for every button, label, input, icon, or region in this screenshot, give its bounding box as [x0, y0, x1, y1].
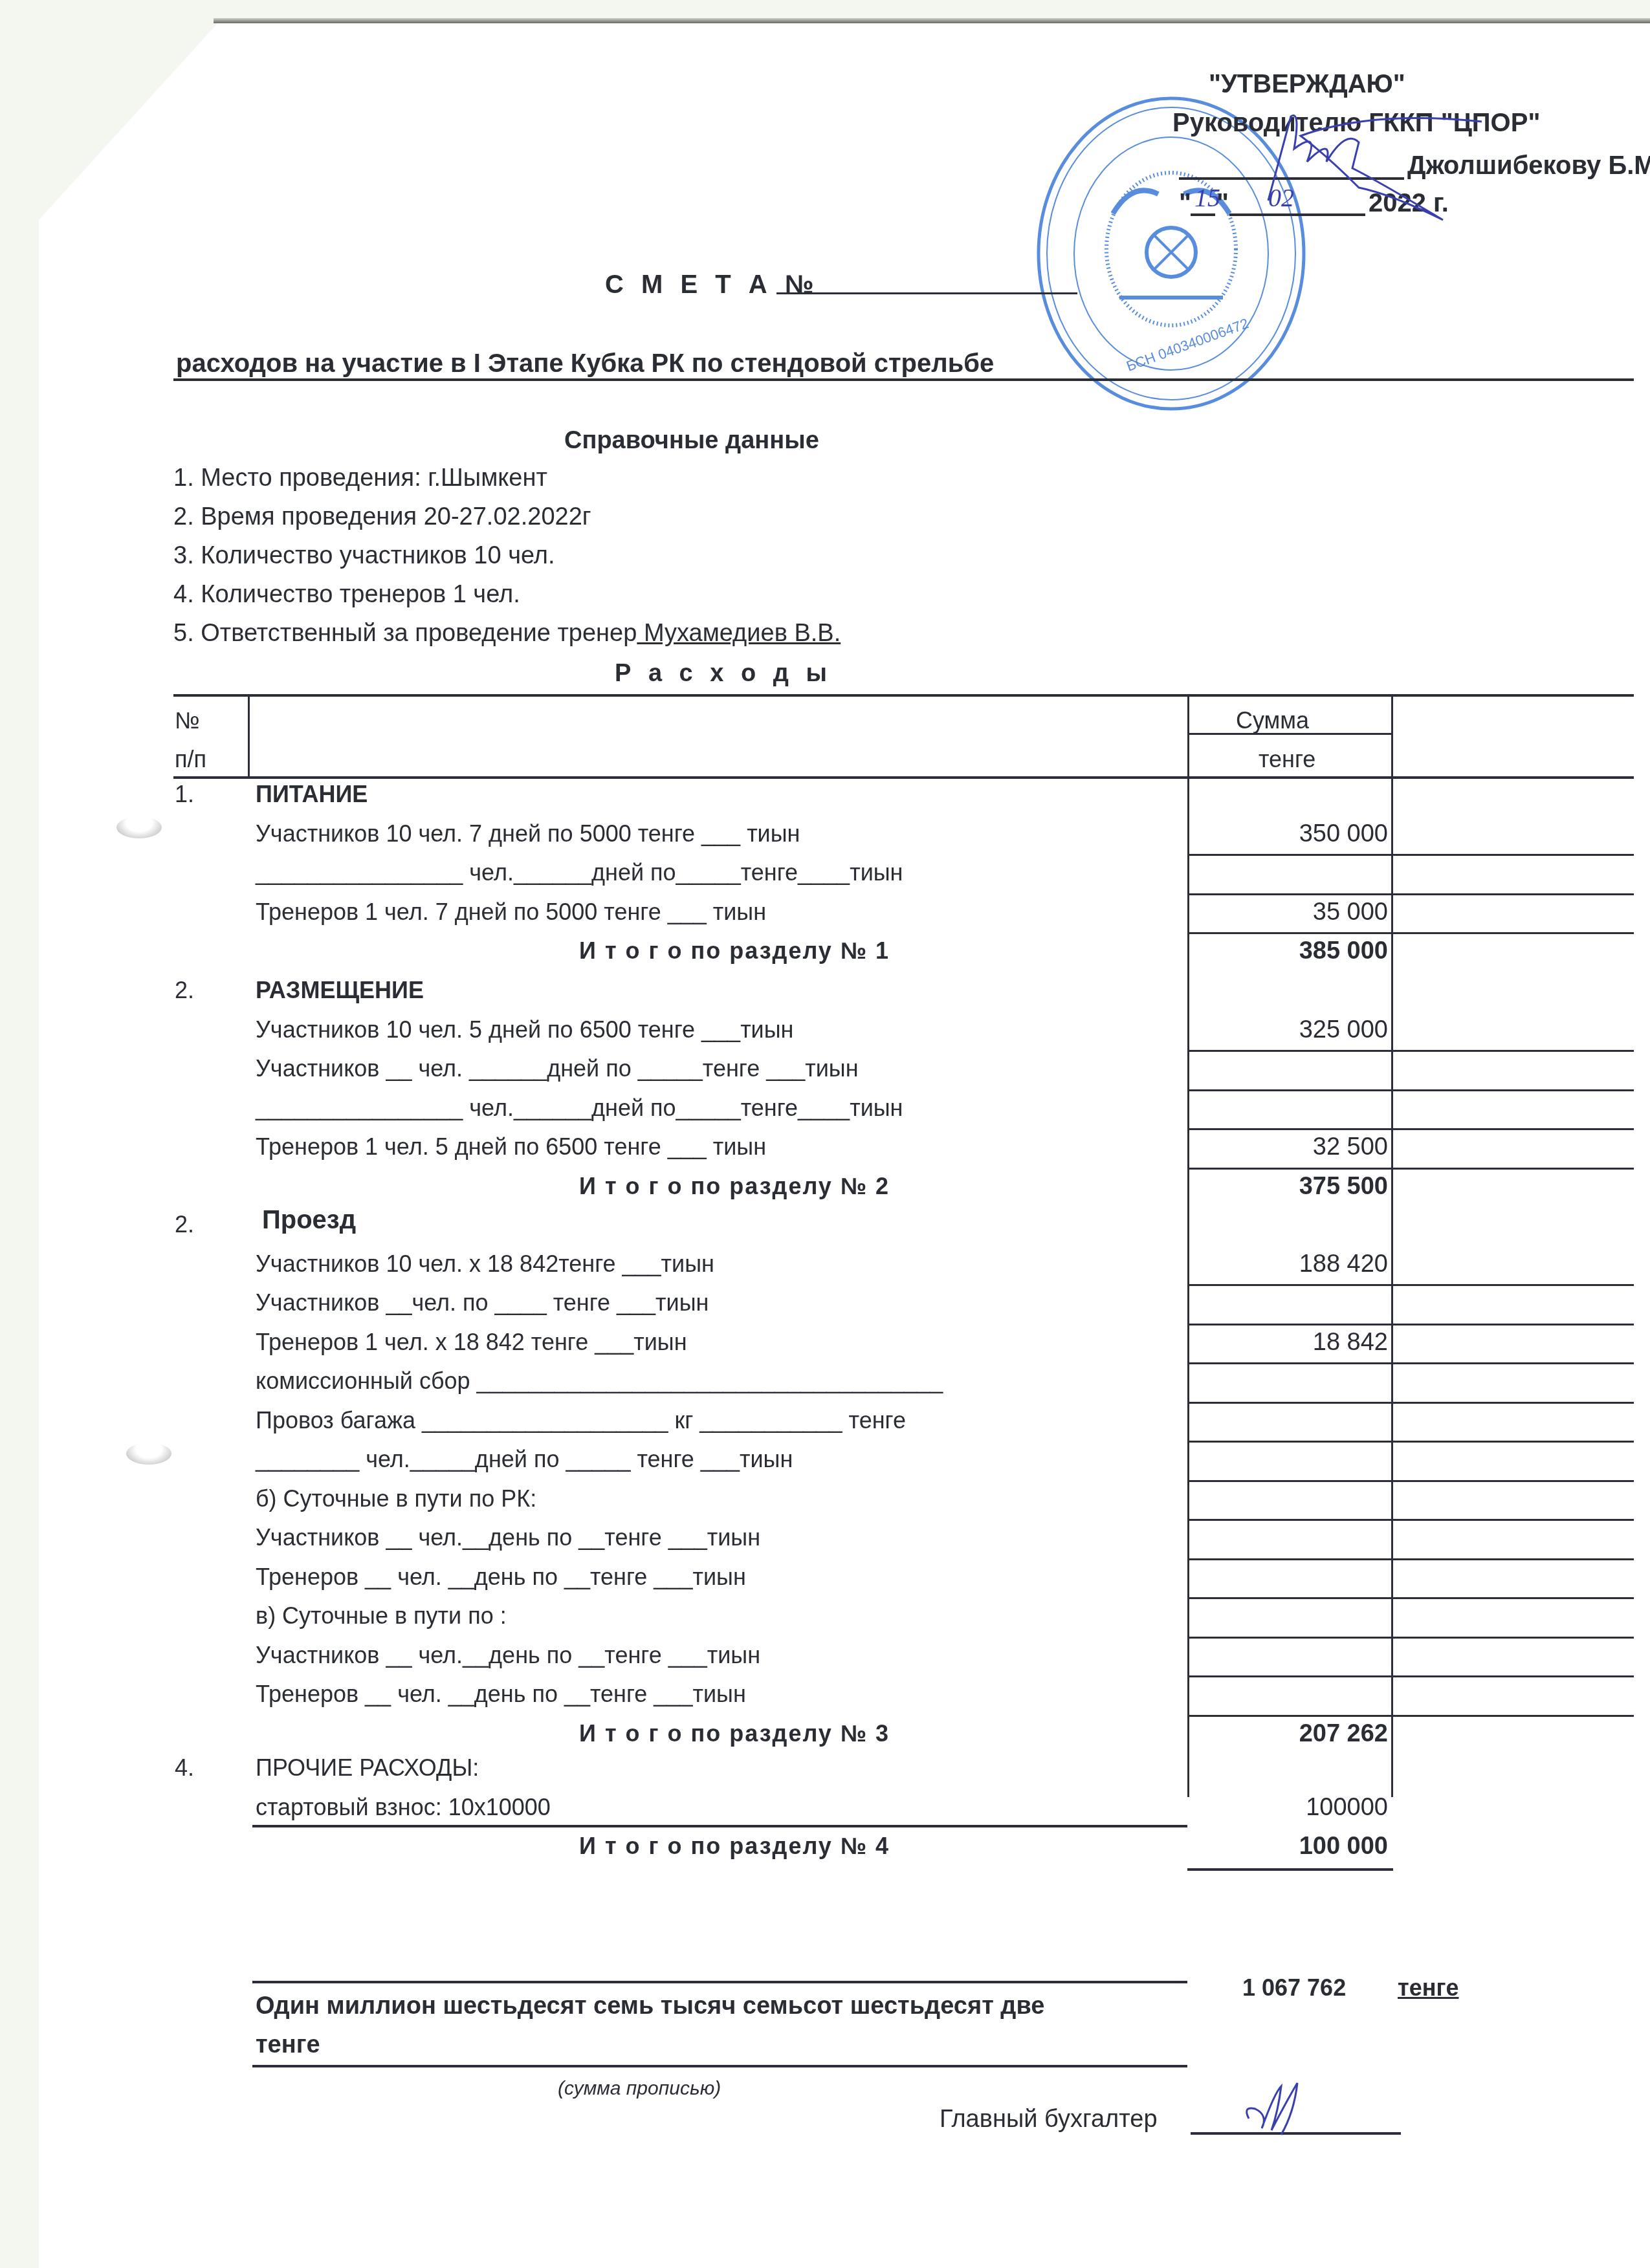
expense-row-amount: 100000 [1174, 1794, 1388, 1822]
expense-row-label: Участников 10 чел. х 18 842тенге ___тиын [256, 1250, 714, 1278]
grand-total-currency: тенге [1398, 1974, 1458, 2001]
expense-row-amount: 325 000 [1174, 1016, 1388, 1044]
section-total-amount: 385 000 [1174, 937, 1388, 965]
row-divider [1187, 1284, 1634, 1286]
section-title: ПИТАНИЕ [256, 781, 368, 808]
row-divider [1187, 1324, 1634, 1325]
expense-row-label: Участников __ чел.__день по __тенге ___т… [256, 1642, 760, 1669]
row-divider [1187, 1675, 1634, 1677]
row-divider [1187, 1050, 1634, 1052]
expense-row-amount: 35 000 [1174, 899, 1388, 926]
expense-row-amount: 18 842 [1174, 1329, 1388, 1357]
row-divider [1187, 932, 1634, 934]
section-total-label: И т о г о по разделу № 4 [579, 1833, 890, 1860]
expense-row-label: в) Суточные в пути по : [256, 1602, 507, 1630]
section-number: 2. [175, 977, 194, 1004]
section-title: Проезд [262, 1206, 356, 1235]
responsible-name: Мухамедиев В.В. [637, 620, 841, 647]
reference-item: 1. Место проведения: г.Шымкент [173, 464, 547, 492]
smeta-number-line [776, 292, 1077, 294]
section-total-amount: 100 000 [1174, 1833, 1388, 1860]
responsible-label: 5. Ответственный за проведение тренер [173, 620, 637, 647]
row-divider [1187, 1362, 1634, 1364]
expense-row-label: Тренеров __ чел. __день по __тенге ___ти… [256, 1564, 746, 1591]
expense-row-label: Тренеров __ чел. __день по __тенге ___ти… [256, 1681, 746, 1708]
section-total-amount: 375 500 [1174, 1173, 1388, 1201]
header-no-pp: п/п [175, 746, 206, 773]
row-divider [1187, 1168, 1634, 1170]
expense-row-label: стартовый взнос: 10х10000 [256, 1794, 551, 1821]
expense-row-label: Тренеров 1 чел. 5 дней по 6500 тенге ___… [256, 1133, 766, 1161]
expense-row-amount: 32 500 [1174, 1133, 1388, 1161]
section-title: РАЗМЕЩЕНИЕ [256, 977, 424, 1004]
table-top-border [173, 694, 1634, 697]
date-quote-open: " [1179, 189, 1191, 218]
expense-row-amount: 188 420 [1174, 1250, 1388, 1278]
date-day-line [1191, 213, 1215, 216]
amount-in-words-line2: тенге [256, 2031, 320, 2059]
section-number: 1. [175, 781, 194, 808]
row-divider [1187, 1089, 1634, 1091]
section-number: 4. [175, 1754, 194, 1782]
header-bottom-border [173, 776, 1634, 779]
total-underline [1187, 1868, 1393, 1871]
page-edge-shadow [214, 18, 1650, 23]
row-divider [1187, 1637, 1634, 1639]
row-divider [1187, 1715, 1634, 1717]
expense-row-label: Участников __ чел. ______дней по _____те… [256, 1055, 859, 1082]
col-divider-sum-left [1187, 694, 1189, 1797]
row-divider [1187, 1480, 1634, 1482]
expense-row-label: Участников __ чел.__день по __тенге ___т… [256, 1524, 760, 1551]
row-divider [1187, 1402, 1634, 1404]
header-tenge: тенге [1259, 746, 1315, 773]
expense-row-label: Участников __чел. по ____ тенге ___тиын [256, 1289, 709, 1316]
punch-hole [126, 1443, 171, 1465]
subtitle-underline [173, 378, 1634, 381]
section-total-amount: 207 262 [1174, 1720, 1388, 1748]
expense-row-label: Участников 10 чел. 5 дней по 6500 тенге … [256, 1016, 793, 1043]
accountant-signature-icon [1242, 2080, 1320, 2138]
expenses-heading: Р а с х о д ы [615, 660, 832, 688]
expense-row-label: Участников 10 чел. 7 дней по 5000 тенге … [256, 820, 800, 847]
expense-row-label: Провоз багажа ___________________ кг ___… [256, 1407, 906, 1434]
reference-item: 2. Время проведения 20-27.02.2022г [173, 503, 591, 531]
words-bottom-line [252, 2065, 1187, 2067]
director-signature-icon [1229, 91, 1501, 239]
section-title: ПРОЧИЕ РАСХОДЫ: [256, 1754, 479, 1782]
expense-row-label: ________ чел._____дней по _____ тенге __… [256, 1446, 793, 1473]
row-divider [1187, 1558, 1634, 1560]
expense-row-label: б) Суточные в пути по РК: [256, 1485, 536, 1512]
row-divider [252, 1825, 1187, 1827]
amount-in-words-caption: (сумма прописью) [558, 2078, 721, 2100]
col-divider-no [248, 694, 250, 778]
row-divider [1187, 1597, 1634, 1599]
smeta-subtitle: расходов на участие в I Этапе Кубка РК п… [176, 349, 994, 378]
expense-row-label: Тренеров 1 чел. 7 дней по 5000 тенге ___… [256, 899, 766, 926]
header-no: № [175, 707, 200, 734]
section-total-label: И т о г о по разделу № 3 [579, 1720, 890, 1747]
row-divider [1187, 893, 1634, 895]
row-divider [1187, 1519, 1634, 1521]
reference-item: 3. Количество участников 10 чел. [173, 542, 555, 570]
expense-row-label: ________________ чел.______дней по_____т… [256, 1095, 903, 1122]
row-divider [1187, 1441, 1634, 1443]
expense-row-label: ________________ чел.______дней по_____т… [256, 859, 903, 886]
amount-in-words-line1: Один миллион шестьдесят семь тысяч семьс… [256, 1992, 1044, 2020]
expense-row-label: комиссионный сбор ______________________… [256, 1368, 943, 1395]
punch-hole [116, 816, 162, 838]
section-total-label: И т о г о по разделу № 1 [579, 937, 890, 965]
date-day-handwritten: 15 [1194, 182, 1220, 213]
row-divider [1187, 1128, 1634, 1130]
words-top-line [252, 1981, 1187, 1983]
smeta-title: С М Е Т А № [605, 270, 819, 300]
grand-total-amount: 1 067 762 [1242, 1974, 1346, 2001]
row-divider [1187, 854, 1634, 856]
col-divider-sum-right [1391, 694, 1393, 1797]
expense-row-label: Тренеров 1 чел. х 18 842 тенге ___тиын [256, 1329, 687, 1356]
reference-heading: Справочные данные [564, 427, 819, 455]
reference-item: 4. Количество тренеров 1 чел. [173, 581, 520, 609]
chief-accountant-label: Главный бухгалтер [940, 2106, 1158, 2133]
header-sum: Сумма [1236, 707, 1309, 734]
section-total-label: И т о г о по разделу № 2 [579, 1173, 890, 1200]
reference-item-responsible: 5. Ответственный за проведение тренер Му… [173, 620, 841, 648]
section-number: 2. [175, 1211, 194, 1238]
expense-row-amount: 350 000 [1174, 820, 1388, 848]
